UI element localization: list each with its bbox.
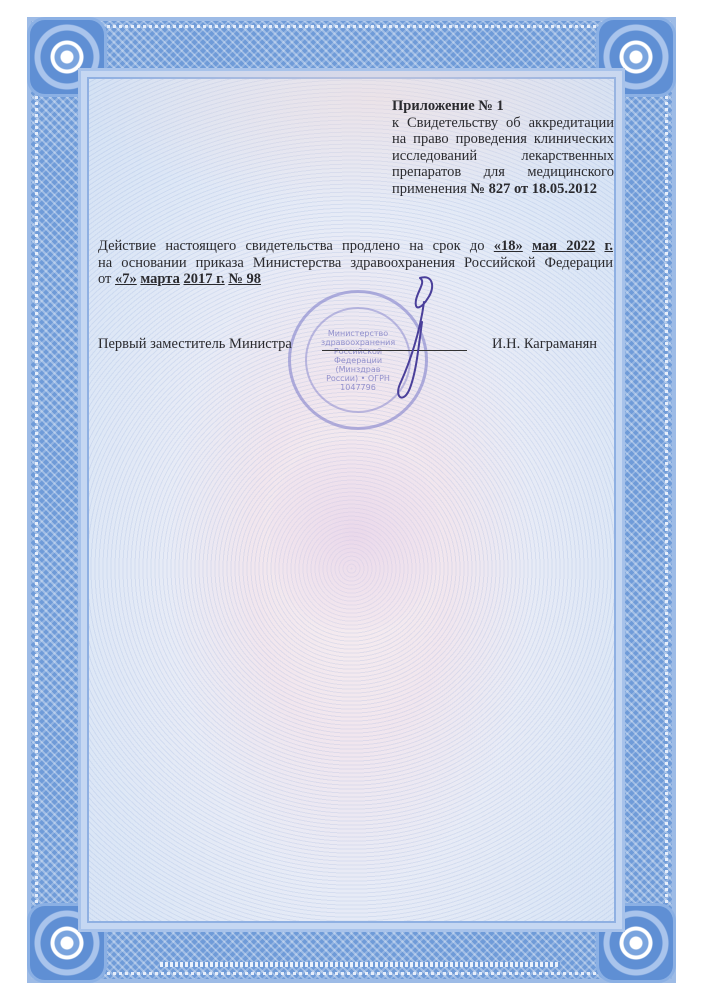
signer-position: Первый заместитель Министра	[98, 336, 292, 353]
appendix-last-prefix: применения	[392, 181, 467, 197]
appendix-line: на право проведения клинических	[392, 131, 614, 148]
eagle-emblem-watermark-icon	[270, 440, 440, 630]
handwritten-signature-icon	[380, 272, 450, 412]
order-month: марта	[140, 271, 179, 287]
extension-line-3: от «7» марта 2017 г. № 98	[98, 271, 613, 288]
signer-name: И.Н. Каграманян	[492, 336, 597, 353]
certificate-number: № 827 от 18.05.2012	[470, 181, 597, 197]
appendix-header: Приложение № 1 к Свидетельству об аккред…	[392, 98, 614, 197]
appendix-line-last: применения № 827 от 18.05.2012	[392, 181, 614, 198]
valid-until-suffix: г.	[604, 238, 613, 254]
extension-line-1: Действие настоящего свидетельства продле…	[98, 238, 613, 255]
appendix-line: исследований лекарственных	[392, 148, 614, 165]
valid-until-month-year: мая 2022	[532, 238, 595, 254]
appendix-line: к Свидетельству об аккредитации	[392, 115, 614, 132]
extension-paragraph: Действие настоящего свидетельства продле…	[98, 238, 613, 288]
order-prefix: от	[98, 271, 111, 287]
valid-until-day: «18»	[494, 238, 523, 254]
order-number: № 98	[228, 271, 261, 287]
appendix-title: Приложение № 1	[392, 98, 614, 115]
order-day: «7»	[115, 271, 137, 287]
extension-line-2: на основании приказа Министерства здраво…	[98, 255, 613, 272]
extension-text: Действие настоящего свидетельства продле…	[98, 238, 485, 254]
order-year: 2017 г.	[183, 271, 224, 287]
microprint-footer	[160, 962, 560, 967]
appendix-line: препаратов для медицинского	[392, 164, 614, 181]
